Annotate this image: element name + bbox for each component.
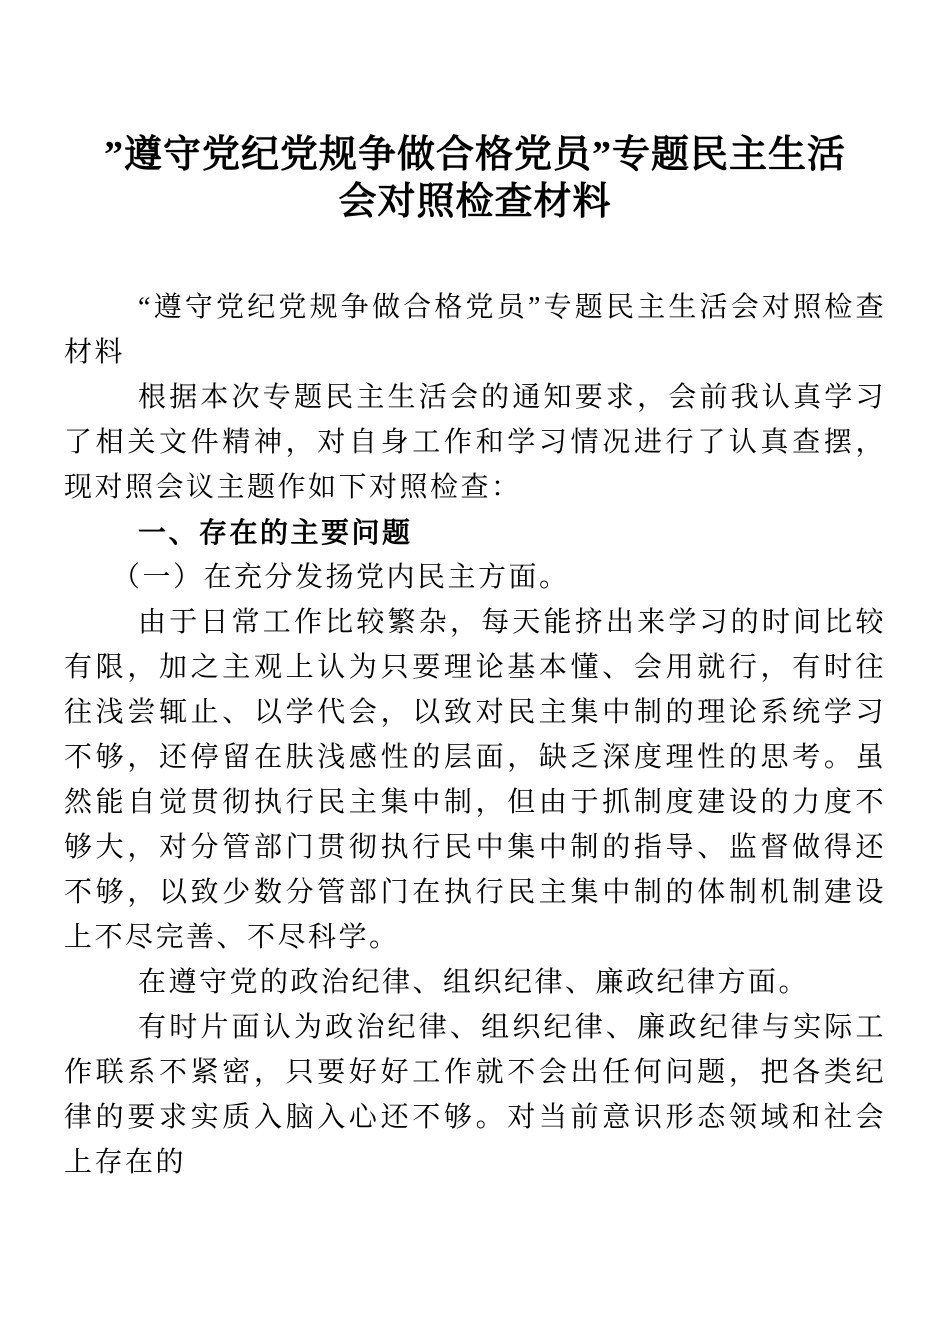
paragraph-intro: 根据本次专题民主生活会的通知要求，会前我认真学习了相关文件精神，对自身工作和学习… bbox=[64, 375, 886, 510]
subsection-heading-party-democracy: （一）在充分发扬党内民主方面。 bbox=[64, 555, 886, 600]
paragraph-discipline-heading: 在遵守党的政治纪律、组织纪律、廉政纪律方面。 bbox=[64, 960, 886, 1005]
paragraph-subtitle: “遵守党纪党规争做合格党员”专题民主生活会对照检查材料 bbox=[64, 285, 886, 375]
document-title-line-2: 会对照检查材料 bbox=[64, 179, 886, 226]
paragraph-discipline-body: 有时片面认为政治纪律、组织纪律、廉政纪律与实际工作联系不紧密，只要好好工作就不会… bbox=[64, 1005, 886, 1185]
document-page: ”遵守党纪党规争做合格党员”专题民主生活 会对照检查材料 “遵守党纪党规争做合格… bbox=[0, 0, 950, 1344]
document-title: ”遵守党纪党规争做合格党员”专题民主生活 会对照检查材料 bbox=[64, 132, 886, 226]
section-heading-main-problems: 一、存在的主要问题 bbox=[64, 510, 886, 555]
paragraph-democracy-body: 由于日常工作比较繁杂，每天能挤出来学习的时间比较有限，加之主观上认为只要理论基本… bbox=[64, 600, 886, 960]
document-title-line-1: ”遵守党纪党规争做合格党员”专题民主生活 bbox=[64, 132, 886, 179]
